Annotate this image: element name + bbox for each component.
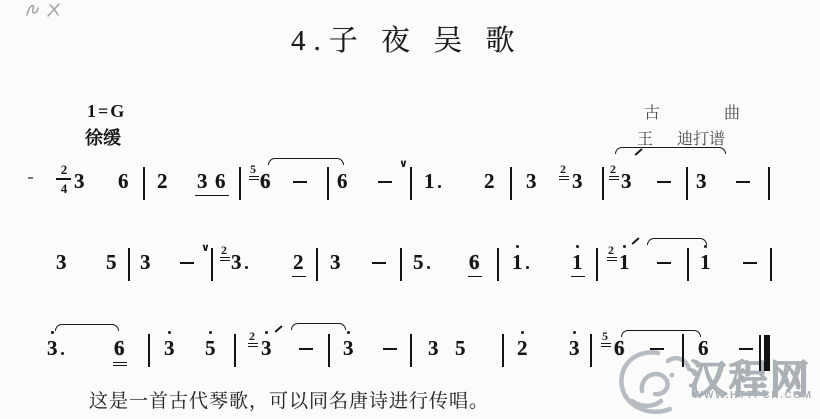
barline (510, 167, 512, 200)
tie-slur (268, 158, 344, 165)
note: 1 (700, 252, 711, 273)
barline (211, 248, 213, 281)
duration-dash (650, 348, 664, 350)
barline (328, 334, 330, 367)
duration-dash (739, 348, 753, 350)
jianpu-notation: 2436236566∨12323233353∨23235611211363523… (0, 0, 820, 419)
barline (400, 248, 402, 281)
note: 5 (413, 252, 424, 273)
duration-dash (180, 262, 194, 264)
barline (239, 167, 241, 200)
barline (128, 248, 130, 281)
final-barline-thick (764, 335, 770, 371)
barline (596, 248, 598, 281)
note: 3 (47, 338, 58, 359)
note: 5 (205, 338, 216, 359)
note: 3 (56, 252, 67, 273)
duration-dash (657, 181, 671, 183)
breath-mark: ∨ (201, 242, 210, 253)
grace-note: 2 (560, 163, 566, 175)
note: 6 (215, 171, 226, 192)
duration-dash (383, 348, 397, 350)
tie-slur (291, 323, 346, 330)
barline (682, 334, 684, 367)
barline (148, 334, 150, 367)
note: 6 (114, 338, 125, 359)
barline (410, 167, 412, 200)
note: 1 (619, 252, 630, 273)
duration-dash (293, 181, 307, 183)
note: 6 (118, 171, 129, 192)
barline (234, 334, 236, 367)
note: 2 (517, 338, 528, 359)
note: 5 (106, 252, 117, 273)
note: 3 (572, 171, 583, 192)
note: 6 (337, 171, 348, 192)
note: 3 (526, 171, 537, 192)
note: 1 (572, 252, 583, 273)
note: 5 (455, 338, 466, 359)
breath-mark: ∨ (399, 158, 408, 169)
note: 3 (74, 171, 85, 192)
barline (768, 167, 770, 200)
note: 3 (261, 338, 272, 359)
note: 3 (197, 171, 208, 192)
final-barline-thin (759, 335, 761, 371)
note: 3 (330, 252, 341, 273)
tie-slur (55, 324, 119, 331)
barline (687, 248, 689, 281)
barline (327, 167, 329, 200)
sheet-music-page: 汉程网 WWW.HTTPCN.COM 4.子 夜 吴 歌 1=G 徐缓 古 曲 … (0, 0, 820, 419)
barline (502, 334, 504, 367)
note: 3 (231, 252, 242, 273)
note: 3 (621, 171, 632, 192)
grace-note: 2 (610, 163, 616, 175)
grace-note: 2 (221, 244, 227, 256)
barline (497, 248, 499, 281)
note: 2 (484, 171, 495, 192)
note: 6 (469, 252, 480, 273)
duration-dash (743, 262, 757, 264)
barline (590, 334, 592, 367)
duration-dash (736, 181, 750, 183)
barline (316, 248, 318, 281)
slide-tick (632, 237, 640, 244)
note: 3 (164, 338, 175, 359)
note: 6 (614, 338, 625, 359)
slide-tick (275, 325, 283, 332)
barline (143, 167, 145, 200)
note: 3 (428, 338, 439, 359)
tie-slur (621, 330, 701, 337)
duration-dash (299, 348, 313, 350)
note: 1 (512, 252, 523, 273)
duration-dash (372, 262, 386, 264)
note: 3 (696, 171, 707, 192)
note: 3 (140, 252, 151, 273)
duration-dash (378, 181, 392, 183)
barline (686, 167, 688, 200)
grace-note: 2 (249, 330, 255, 342)
ink-speck (28, 177, 33, 179)
note: 3 (569, 338, 580, 359)
barline (770, 248, 772, 281)
barline (602, 167, 604, 200)
note: 6 (698, 338, 709, 359)
note: 6 (260, 171, 271, 192)
grace-note: 2 (608, 244, 614, 256)
note: 2 (293, 252, 304, 273)
time-signature: 24 (56, 163, 72, 195)
duration-dash (657, 262, 671, 264)
note: 1 (424, 171, 435, 192)
tie-slur (615, 147, 726, 154)
note: 3 (343, 338, 354, 359)
grace-note: 5 (250, 163, 256, 175)
barline (410, 334, 412, 367)
eighth-beam (195, 195, 229, 197)
grace-note: 5 (602, 330, 608, 342)
tie-slur (647, 238, 707, 245)
note: 2 (157, 171, 168, 192)
